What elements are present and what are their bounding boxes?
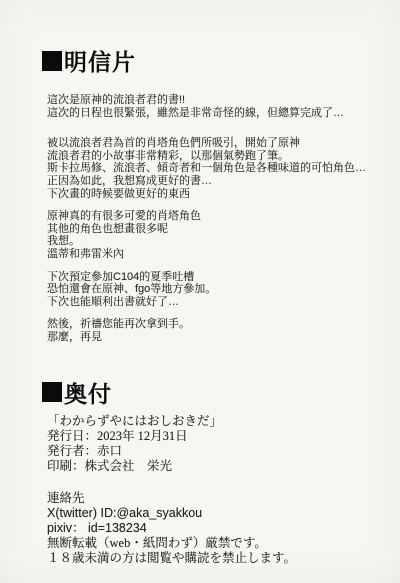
postcard-paragraph-2: 被以流浪者君為首的肖塔角色們所吸引，開始了原神 流浪者君的小故事非常精彩，以那個… — [47, 137, 370, 200]
text-line: 下次畫的時候要做更好的東西 — [47, 188, 370, 201]
postcard-paragraph-1: 這次是原神的流浪者君的書!! 這次的日程也很緊張，雖然是非常奇怪的線，但總算完成… — [47, 94, 370, 119]
postcard-section-heading: 明信片 — [42, 44, 370, 77]
text-line: 斯卡拉馬修、流浪者、傾奇者和一個角色是各種味道的可怕角色… — [47, 162, 370, 175]
contact-label: 連絡先 — [47, 491, 370, 506]
colophon-heading-text: 奥付 — [64, 376, 112, 409]
publisher: 発行者：赤口 — [47, 444, 370, 459]
printer: 印刷：株式会社 栄光 — [47, 459, 370, 474]
text-line: 這次的日程也很緊張，雖然是非常奇怪的線，但總算完成了… — [47, 107, 370, 120]
square-bullet-icon — [42, 51, 62, 71]
pixiv-id: pixiv： id=138234 — [47, 521, 370, 536]
book-title: 「わからずやにはおしおきだ」 — [47, 414, 370, 429]
postcard-paragraph-3: 原神真的有很多可愛的肖塔角色 其他的角色也想畫很多呢 我想。 溫蒂和弗雷米內 — [47, 210, 370, 260]
twitter-id: X(twitter) ID:@aka_syakkou — [47, 506, 370, 521]
text-line: 然後，祈禱您能再次拿到手。 — [47, 318, 370, 331]
text-line: 流浪者君的小故事非常精彩，以那個氣勢跑了筆。 — [47, 150, 370, 163]
text-line: 下次預定參加C104的夏季吐槽 — [47, 271, 370, 284]
text-line: 其他的角色也想畫很多呢 — [47, 223, 370, 236]
postcard-heading-text: 明信片 — [64, 44, 136, 77]
text-line: 我想。 — [47, 235, 370, 248]
postcard-paragraph-5: 然後，祈禱您能再次拿到手。 那麼，再見 — [47, 318, 370, 343]
postcard-paragraph-4: 下次預定參加C104的夏季吐槽 恐怕還會在原神、fgo等地方參加。 下次也能順利… — [47, 271, 370, 309]
scanned-afterword-page: 明信片 這次是原神的流浪者君的書!! 這次的日程也很緊張，雖然是非常奇怪的線，但… — [0, 0, 400, 583]
text-line: 下次也能順利出書就好了… — [47, 296, 370, 309]
text-line: 這次是原神的流浪者君的書!! — [47, 94, 370, 107]
text-line: 那麼，再見 — [47, 331, 370, 344]
reprint-notice: 無断転載（web・紙問わず）厳禁です。 — [47, 536, 370, 551]
age-notice: １８歳未満の方は閲覧や購読を禁止します。 — [47, 551, 370, 566]
colophon-info-block: 「わからずやにはおしおきだ」 発行日：2023年 12月31日 発行者：赤口 印… — [47, 414, 370, 474]
publish-date: 発行日：2023年 12月31日 — [47, 429, 370, 444]
text-line: 被以流浪者君為首的肖塔角色們所吸引，開始了原神 — [47, 137, 370, 150]
colophon-section-heading: 奥付 — [42, 376, 370, 409]
contact-block: 連絡先 X(twitter) ID:@aka_syakkou pixiv： id… — [47, 491, 370, 566]
text-line: 原神真的有很多可愛的肖塔角色 — [47, 210, 370, 223]
text-line: 溫蒂和弗雷米內 — [47, 248, 370, 261]
text-line: 恐怕還會在原神、fgo等地方參加。 — [47, 283, 370, 296]
square-bullet-icon — [42, 382, 62, 402]
text-line: 正因為如此，我想寫成更好的書… — [47, 175, 370, 188]
